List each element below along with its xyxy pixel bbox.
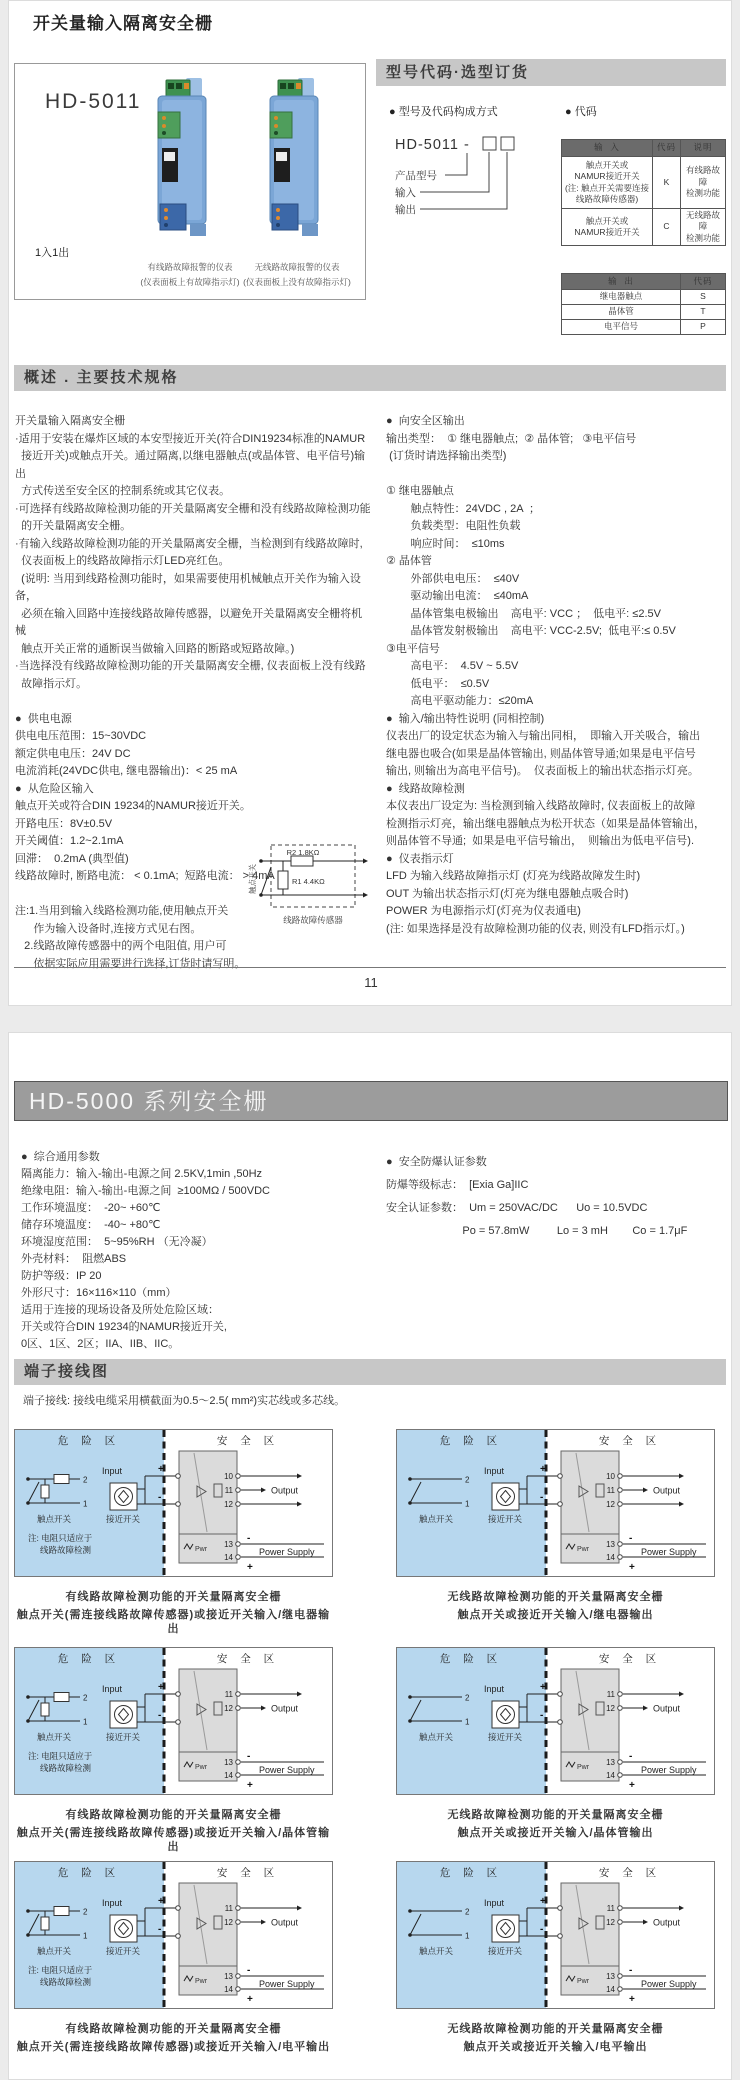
pwr-label: Pwr [577, 1546, 590, 1553]
wiring-diagram-slot: 危 险 区 安 全 区 11 12 Output Pwr [396, 1647, 715, 1840]
overview-right-column: ● 向安全区输出 输出类型： ① 继电器触点; ② 晶体管; ③电平信号 (订货… [386, 413, 731, 938]
hazard-zone-label: 危 险 区 [440, 1652, 502, 1665]
output-label: Output [653, 1704, 681, 1714]
svg-text:11: 11 [607, 1904, 616, 1913]
col-header-input: 输 入 [562, 140, 653, 157]
resistor-note-line1: 注: 电阻只适应于 [28, 1533, 93, 1543]
pwr-label: Pwr [195, 1978, 208, 1985]
svg-text:2: 2 [465, 1908, 470, 1917]
svg-text:-: - [158, 1924, 161, 1935]
svg-text:-: - [629, 1751, 632, 1762]
output-label: Output [653, 1918, 681, 1928]
svg-text:13: 13 [606, 1758, 615, 1767]
col-header-code: 代码 [681, 274, 726, 290]
output-label: Output [271, 1486, 299, 1496]
proximity-switch-label: 接近开关 [488, 1732, 523, 1742]
page-number: 11 [9, 975, 733, 990]
contact-switch-label: 触点开关 [419, 1732, 454, 1742]
diagram-caption-line2: 触点开关或接近开关输入/电平输出 [396, 2040, 715, 2054]
svg-text:10: 10 [224, 1472, 233, 1481]
svg-text:-: - [540, 1492, 543, 1503]
svg-text:-: - [629, 1533, 632, 1544]
model-code-diagram: HD-5011 - 产品型号 输入 输出 [387, 129, 582, 224]
svg-text:14: 14 [224, 1771, 233, 1780]
input-label: Input [484, 1684, 505, 1694]
section-header-ordering: 型号代码·选型订货 [376, 59, 726, 86]
svg-text:1: 1 [465, 1500, 470, 1509]
wiring-diagram: 危 险 区 安 全 区 11 12 Output Pwr [14, 1861, 333, 2009]
svg-text:-: - [247, 1533, 250, 1544]
svg-text:1: 1 [465, 1932, 470, 1941]
svg-text:2: 2 [465, 1476, 470, 1485]
svg-text:1: 1 [83, 1718, 88, 1727]
svg-text:13: 13 [606, 1540, 615, 1549]
product-caption-right: 无线路故障报警的仪表 (仪表面板上没有故障指示灯) [227, 260, 367, 290]
input-label: Input [102, 1898, 123, 1908]
resistor-note-line1: 注: 电阻只适应于 [28, 1751, 93, 1761]
svg-text:+: + [158, 1682, 164, 1693]
svg-text:2: 2 [83, 1476, 88, 1485]
bullet-code: ● 代码 [565, 103, 597, 119]
proximity-switch-label: 接近开关 [488, 1514, 523, 1524]
diagram-caption-line2: 触点开关(需连接线路故障传感器)或接近开关输入/继电器输出 [14, 1608, 333, 1636]
input-label: Input [484, 1898, 505, 1908]
resistor-note-line2: 线路故障检测 [40, 1977, 92, 1987]
svg-text:11: 11 [607, 1690, 616, 1699]
wiring-intro: 端子接线: 接线电缆采用横截面为0.5～2.5( mm²)实芯线或多芯线。 [23, 1393, 623, 1411]
table-row: 触点开关或 NAMUR接近开关 C 无线路故障 检测功能 [562, 209, 726, 246]
svg-text:11: 11 [225, 1904, 234, 1913]
hazard-zone-label: 危 险 区 [440, 1866, 502, 1879]
circuit-r1-label: R1 4.4KΩ [292, 877, 325, 886]
col-header-output: 输 出 [562, 274, 681, 290]
diagram-caption-line1: 有线路故障检测功能的开关量隔离安全栅 [14, 2022, 333, 2036]
resistor-note-line2: 线路故障检测 [40, 1545, 92, 1555]
power-supply-label: Power Supply [259, 1547, 315, 1557]
wiring-diagram-slot: 危 险 区 安 全 区 11 12 Output Pwr [14, 1861, 333, 2054]
svg-text:+: + [247, 1780, 253, 1791]
pwr-label: Pwr [577, 1764, 590, 1771]
page-2: HD-5000 系列安全栅 ● 综合通用参数 隔离能力：输入-输出-电源之间 2… [8, 1032, 732, 2080]
series-header: HD-5000 系列安全栅 [14, 1081, 728, 1121]
svg-text:-: - [158, 1492, 161, 1503]
diagram-caption-line1: 无线路故障检测功能的开关量隔离安全栅 [396, 1590, 715, 1604]
proximity-switch-symbol: 接近开关 [106, 1701, 141, 1742]
label-input: 输入 [395, 186, 416, 199]
svg-text:12: 12 [606, 1704, 615, 1713]
svg-text:10: 10 [606, 1472, 615, 1481]
bullet-model-code: ● 型号及代码构成方式 [389, 103, 498, 119]
svg-text:14: 14 [606, 1771, 615, 1780]
pwr-label: Pwr [195, 1764, 208, 1771]
proximity-switch-symbol: 接近开关 [488, 1915, 523, 1956]
wiring-diagram-slot: 危 险 区 安 全 区 10 11 Output 12 Pwr [396, 1429, 715, 1622]
svg-text:+: + [540, 1682, 546, 1693]
safe-zone-label: 安 全 区 [599, 1866, 661, 1879]
proximity-switch-symbol: 接近开关 [106, 1483, 141, 1524]
table-row: 晶体管 T [562, 305, 726, 320]
table-row: 继电器触点 S [562, 290, 726, 305]
product-photo-left [150, 76, 214, 244]
wiring-diagram: 危 险 区 安 全 区 11 12 Output Pwr [14, 1647, 333, 1795]
svg-text:13: 13 [224, 1972, 233, 1981]
svg-text:14: 14 [224, 1553, 233, 1562]
resistor-note-line2: 线路故障检测 [40, 1763, 92, 1773]
safe-zone-label: 安 全 区 [217, 1652, 279, 1665]
svg-text:13: 13 [224, 1758, 233, 1767]
svg-text:+: + [629, 1780, 635, 1791]
proximity-switch-symbol: 接近开关 [488, 1483, 523, 1524]
diagram-caption-line2: 触点开关或接近开关输入/晶体管输出 [396, 1826, 715, 1840]
output-label: Output [653, 1486, 681, 1496]
wiring-diagram-slot: 危 险 区 安 全 区 10 11 Output 12 Pwr [14, 1429, 333, 1636]
diagram-caption-line1: 无线路故障检测功能的开关量隔离安全栅 [396, 2022, 715, 2036]
safe-zone-label: 安 全 区 [599, 1434, 661, 1447]
fault-sensor-circuit: 触点开关 R2 1.8KΩ R1 4.4KΩ 线路故障传感器 [247, 833, 375, 933]
svg-text:12: 12 [224, 1918, 233, 1927]
svg-text:12: 12 [606, 1500, 615, 1509]
svg-text:HD-5011 -: HD-5011 - [395, 137, 470, 153]
circuit-switch-label: 触点开关 [247, 864, 257, 894]
col-header-code: 代码 [653, 140, 681, 157]
diagram-caption-line2: 触点开关(需连接线路故障传感器)或接近开关输入/电平输出 [14, 2040, 333, 2054]
safety-cert-parameters: ● 安全防爆认证参数 防爆等级标志： [Exia Ga]IIC 安全认证参数： … [386, 1151, 731, 1243]
wiring-diagram: 危 险 区 安 全 区 10 11 Output 12 Pwr [14, 1429, 333, 1577]
svg-text:1: 1 [83, 1500, 88, 1509]
diagram-caption-line2: 触点开关或接近开关输入/继电器输出 [396, 1608, 715, 1622]
svg-text:-: - [540, 1710, 543, 1721]
wiring-diagram-slot: 危 险 区 安 全 区 11 12 Output Pwr [396, 1861, 715, 2054]
svg-text:14: 14 [606, 1553, 615, 1562]
svg-text:2: 2 [83, 1908, 88, 1917]
svg-text:12: 12 [606, 1918, 615, 1927]
diagram-caption-line1: 有线路故障检测功能的开关量隔离安全栅 [14, 1808, 333, 1822]
svg-text:-: - [158, 1710, 161, 1721]
input-label: Input [102, 1684, 123, 1694]
proximity-switch-symbol: 接近开关 [106, 1915, 141, 1956]
svg-text:+: + [540, 1896, 546, 1907]
svg-text:13: 13 [606, 1972, 615, 1981]
svg-text:11: 11 [607, 1486, 616, 1495]
contact-switch-label: 触点开关 [419, 1514, 454, 1524]
svg-text:11: 11 [225, 1486, 234, 1495]
hazard-zone-label: 危 险 区 [58, 1652, 120, 1665]
table-row: 电平信号 P [562, 320, 726, 335]
page-title: 开关量输入隔离安全栅 [33, 9, 213, 34]
safe-zone-label: 安 全 区 [599, 1652, 661, 1665]
product-photo-right [262, 76, 326, 244]
safe-zone-label: 安 全 区 [217, 1866, 279, 1879]
proximity-switch-symbol: 接近开关 [488, 1701, 523, 1742]
svg-text:+: + [247, 1562, 253, 1573]
general-parameters: ● 综合通用参数 隔离能力：输入-输出-电源之间 2.5KV,1min ,50H… [21, 1149, 381, 1353]
input-code-table: 输 入 代码 说明 触点开关或 NAMUR接近开关 (注: 触点开关需要连接 线… [561, 139, 726, 246]
svg-text:2: 2 [465, 1694, 470, 1703]
pwr-label: Pwr [195, 1546, 208, 1553]
wiring-diagram: 危 险 区 安 全 区 11 12 Output Pwr [396, 1861, 715, 2009]
label-product-model: 产品型号 [395, 169, 437, 182]
proximity-switch-label: 接近开关 [488, 1946, 523, 1956]
section-header-wiring: 端子接线图 [14, 1359, 726, 1385]
hazard-zone-label: 危 险 区 [58, 1866, 120, 1879]
wiring-diagram: 危 险 区 安 全 区 10 11 Output 12 Pwr [396, 1429, 715, 1577]
svg-text:12: 12 [224, 1500, 233, 1509]
svg-text:+: + [629, 1994, 635, 2005]
svg-text:14: 14 [224, 1985, 233, 1994]
svg-text:+: + [247, 1994, 253, 2005]
svg-text:11: 11 [225, 1690, 234, 1699]
input-label: Input [102, 1466, 123, 1476]
product-channels: 1入1出 [35, 244, 69, 260]
svg-text:-: - [247, 1965, 250, 1976]
svg-text:2: 2 [83, 1694, 88, 1703]
circuit-caption: 线路故障传感器 [283, 915, 343, 925]
power-supply-label: Power Supply [641, 1547, 697, 1557]
output-code-table: 输 出 代码 继电器触点 S 晶体管 T 电平信号 P [561, 273, 726, 335]
hazard-zone-label: 危 险 区 [58, 1434, 120, 1447]
power-supply-label: Power Supply [259, 1765, 315, 1775]
product-model: HD-5011 [45, 90, 141, 114]
svg-text:+: + [158, 1464, 164, 1475]
svg-text:+: + [629, 1562, 635, 1573]
output-label: Output [271, 1918, 299, 1928]
wiring-diagram-slot: 危 险 区 安 全 区 11 12 Output Pwr [14, 1647, 333, 1854]
input-label: Input [484, 1466, 505, 1476]
svg-text:12: 12 [224, 1704, 233, 1713]
contact-switch-label: 触点开关 [37, 1732, 72, 1742]
svg-text:-: - [629, 1965, 632, 1976]
col-header-desc: 说明 [681, 140, 726, 157]
footer-rule [14, 967, 726, 968]
diagram-caption-line1: 无线路故障检测功能的开关量隔离安全栅 [396, 1808, 715, 1822]
wiring-diagram: 危 险 区 安 全 区 11 12 Output Pwr [396, 1647, 715, 1795]
safe-zone-label: 安 全 区 [217, 1434, 279, 1447]
power-supply-label: Power Supply [641, 1979, 697, 1989]
page-1: 开关量输入隔离安全栅 HD-5011 1入1出 [8, 0, 732, 1006]
proximity-switch-label: 接近开关 [106, 1732, 141, 1742]
svg-text:1: 1 [465, 1718, 470, 1727]
contact-switch-label: 触点开关 [419, 1946, 454, 1956]
output-label: Output [271, 1704, 299, 1714]
resistor-note-line1: 注: 电阻只适应于 [28, 1965, 93, 1975]
svg-text:+: + [540, 1464, 546, 1475]
section-header-overview: 概述 . 主要技术规格 [14, 365, 726, 391]
power-supply-label: Power Supply [641, 1765, 697, 1775]
contact-switch-label: 触点开关 [37, 1946, 72, 1956]
contact-switch-label: 触点开关 [37, 1514, 72, 1524]
product-box: HD-5011 1入1出 [14, 63, 366, 300]
pwr-label: Pwr [577, 1978, 590, 1985]
table-row: 触点开关或 NAMUR接近开关 (注: 触点开关需要连接 线路故障传感器) K … [562, 157, 726, 209]
diagram-caption-line2: 触点开关(需连接线路故障传感器)或接近开关输入/晶体管输出 [14, 1826, 333, 1854]
proximity-switch-label: 接近开关 [106, 1514, 141, 1524]
svg-text:13: 13 [224, 1540, 233, 1549]
svg-text:-: - [247, 1751, 250, 1762]
hazard-zone-label: 危 险 区 [440, 1434, 502, 1447]
svg-text:1: 1 [83, 1932, 88, 1941]
power-supply-label: Power Supply [259, 1979, 315, 1989]
svg-text:-: - [540, 1924, 543, 1935]
label-output: 输出 [395, 203, 416, 216]
svg-text:14: 14 [606, 1985, 615, 1994]
proximity-switch-label: 接近开关 [106, 1946, 141, 1956]
datasheet-stage: 开关量输入隔离安全栅 HD-5011 1入1出 [0, 0, 740, 2080]
svg-text:+: + [158, 1896, 164, 1907]
diagram-caption-line1: 有线路故障检测功能的开关量隔离安全栅 [14, 1590, 333, 1604]
